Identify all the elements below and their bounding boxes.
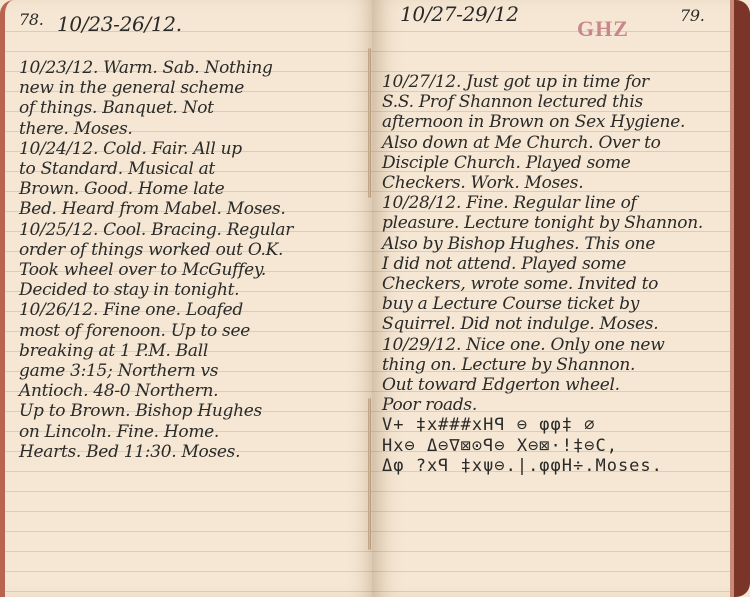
entry-line: to Standard. Musical at	[19, 159, 364, 179]
entry-line: Decided to stay in tonight.	[19, 280, 364, 300]
binding-stitch-bottom	[368, 398, 371, 550]
left-page: 78. 10/23-26/12. 10/23/12. Warm. Sab. No…	[0, 0, 377, 597]
entry-line: Disciple Church. Played some	[382, 153, 722, 173]
entry-line: Took wheel over to McGuffey.	[19, 260, 364, 280]
entry-line: game 3:15; Northern vs	[19, 361, 364, 381]
diary-spread: 78. 10/23-26/12. 10/23/12. Warm. Sab. No…	[0, 0, 750, 597]
entry-line: Brown. Good. Home late	[19, 179, 364, 199]
binding-stitch-top	[368, 48, 371, 198]
entry-line: 10/27/12. Just got up in time for	[382, 72, 722, 92]
entry-line: Out toward Edgerton wheel.	[382, 375, 722, 395]
entry-line: on Lincoln. Fine. Home.	[19, 422, 364, 442]
right-page: 10/27-29/12 GHZ 79. 10/27/12. Just got u…	[372, 0, 750, 597]
entry-line: 10/23/12. Warm. Sab. Nothing	[19, 58, 364, 78]
entry-line: Bed. Heard from Mabel. Moses.	[19, 199, 364, 219]
entry-line: order of things worked out O.K.	[19, 240, 364, 260]
entry-line: most of forenoon. Up to see	[19, 321, 364, 341]
cipher-line: V+ ‡x###xHꟼ ⊖ φφ‡ ⌀	[382, 415, 722, 435]
entry-line: Hearts. Bed 11:30. Moses.	[19, 442, 364, 462]
cipher-line: Δφ ?xꟼ ‡xψ⊖.|.φφH÷.Moses.	[382, 456, 722, 476]
right-entries: 10/27/12. Just got up in time for S.S. P…	[382, 72, 722, 476]
entry-line: 10/25/12. Cool. Bracing. Regular	[19, 220, 364, 240]
entry-line: there. Moses.	[19, 119, 364, 139]
entry-line: I did not attend. Played some	[382, 254, 722, 274]
entry-line: 10/29/12. Nice one. Only one new	[382, 335, 722, 355]
entry-line: of things. Banquet. Not	[19, 98, 364, 118]
ghz-stamp: GHZ	[577, 16, 629, 42]
entry-line: Also down at Me Church. Over to	[382, 133, 722, 153]
left-entries: 10/23/12. Warm. Sab. Nothing new in the …	[19, 58, 364, 462]
date-range-left: 10/23-26/12.	[57, 14, 182, 34]
entry-line: 10/26/12. Fine one. Loafed	[19, 300, 364, 320]
cipher-line: Hx⊖ Δ⊖∇⊠⊙ꟼ⊖ X⊖⊠·!‡⊖C,	[382, 436, 722, 456]
entry-line: breaking at 1 P.M. Ball	[19, 341, 364, 361]
entry-line: Antioch. 48-0 Northern.	[19, 381, 364, 401]
entry-line: 10/24/12. Cold. Fair. All up	[19, 139, 364, 159]
entry-line: afternoon in Brown on Sex Hygiene.	[382, 112, 722, 132]
entry-line: Checkers, wrote some. Invited to	[382, 274, 722, 294]
entry-line: Also by Bishop Hughes. This one	[382, 234, 722, 254]
entry-line: pleasure. Lecture tonight by Shannon.	[382, 213, 722, 233]
entry-line: 10/28/12. Fine. Regular line of	[382, 193, 722, 213]
page-number-left: 78.	[19, 10, 44, 30]
entry-line: new in the general scheme	[19, 78, 364, 98]
entry-line: S.S. Prof Shannon lectured this	[382, 92, 722, 112]
entry-line: Squirrel. Did not indulge. Moses.	[382, 314, 722, 334]
date-range-right: 10/27-29/12	[400, 4, 519, 24]
entry-line: Poor roads.	[382, 395, 722, 415]
entry-line: thing on. Lecture by Shannon.	[382, 355, 722, 375]
entry-line: buy a Lecture Course ticket by	[382, 294, 722, 314]
entry-line: Checkers. Work. Moses.	[382, 173, 722, 193]
entry-line: Up to Brown. Bishop Hughes	[19, 401, 364, 421]
page-number-right: 79.	[680, 6, 705, 26]
